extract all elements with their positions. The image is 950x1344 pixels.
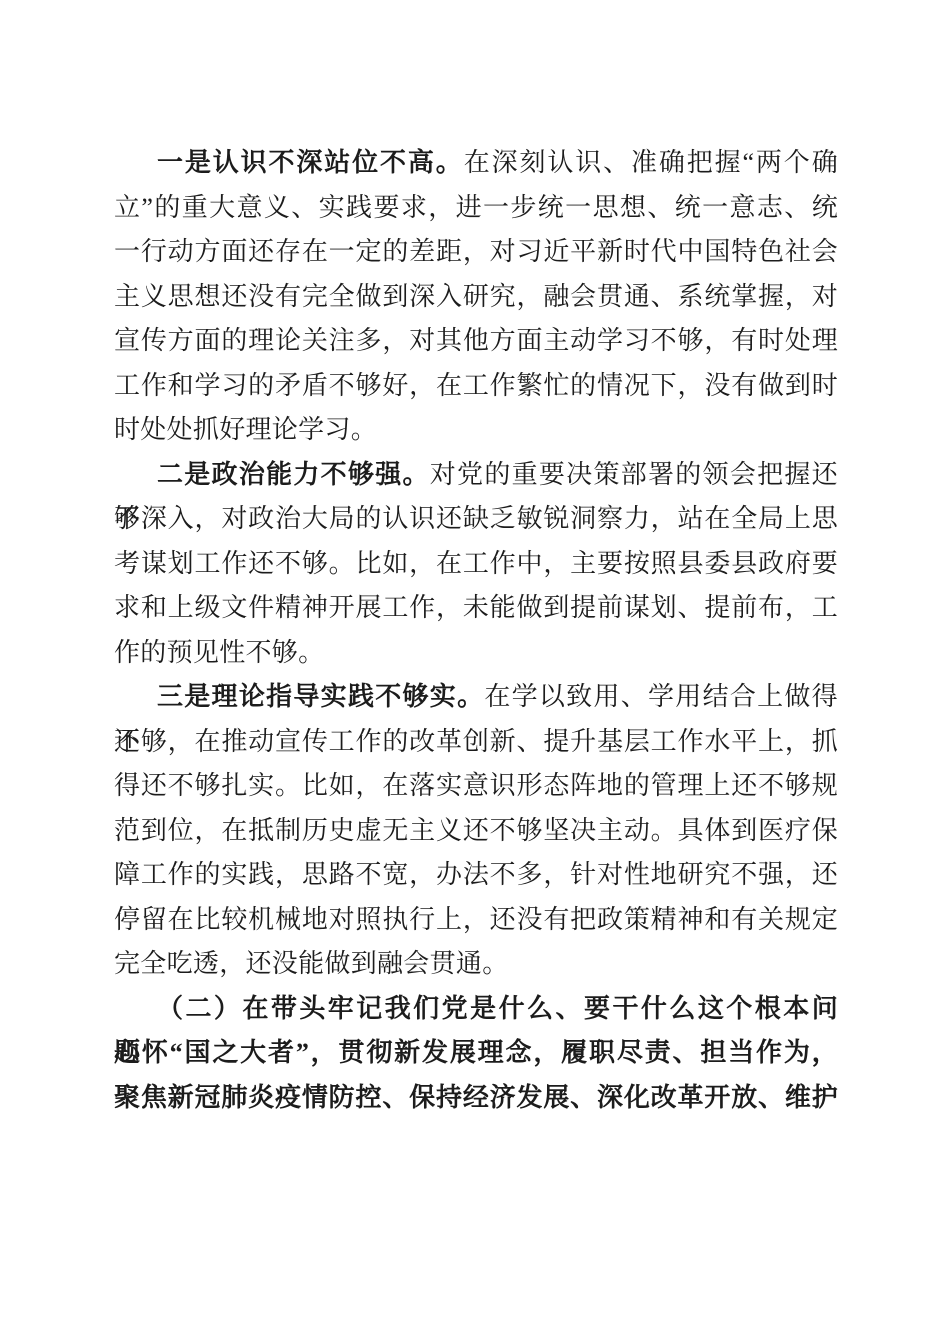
text-segment: 障工作的实践，思路不宽，办法不多，针对性地研究不强，还 [114, 860, 838, 889]
text-segment: 作的预见性不够。 [114, 638, 324, 667]
text-line: 一行动方面还存在一定的差距，对习近平新时代中国特色社会 [114, 230, 838, 275]
text-segment: 考谋划工作还不够。比如，在工作中，主要按照县委县政府要 [114, 549, 838, 578]
text-segment: 立”的重大意义、实践要求，进一步统一思想、统一意志、统 [114, 193, 838, 222]
bold-text-segment: 二是政治能力不够强。 [157, 460, 430, 489]
document-page: 一是认识不深站位不高。在深刻认识、准确把握“两个确立”的重大意义、实践要求，进一… [0, 0, 950, 1344]
text-line: 主义思想还没有完全做到深入研究，融会贯通、系统掌握，对 [114, 275, 838, 320]
bold-text-segment: 三是理论指导实践不够实。 [157, 682, 484, 711]
paragraph-4-section-two: （二）在带头牢记我们党是什么、要干什么这个根本问题，心怀“国之大者”，贯彻新发展… [114, 987, 838, 1121]
text-segment: 主义思想还没有完全做到深入研究，融会贯通、系统掌握，对 [114, 282, 838, 311]
paragraph-2-political-ability: 二是政治能力不够强。对党的重要决策部署的领会把握还不够深入，对政治大局的认识还缺… [114, 453, 838, 676]
text-line: 范到位，在抵制历史虚无主义还不够坚决主动。具体到医疗保 [114, 809, 838, 854]
text-line: 聚焦新冠肺炎疫情防控、保持经济发展、深化改革开放、维护 [114, 1076, 838, 1121]
text-segment: 工作和学习的矛盾不够好，在工作繁忙的情况下，没有做到时 [114, 371, 838, 400]
text-line: 停留在比较机械地对照执行上，还没有把政策精神和有关规定 [114, 898, 838, 943]
text-line: 考谋划工作还不够。比如，在工作中，主要按照县委县政府要 [114, 542, 838, 587]
text-segment: 得还不够扎实。比如，在落实意识形态阵地的管理上还不够规 [114, 771, 838, 800]
text-line: 三是理论指导实践不够实。在学以致用、学用结合上做得还 [114, 675, 838, 720]
text-segment: 一行动方面还存在一定的差距，对习近平新时代中国特色社会 [114, 237, 838, 266]
bold-text-segment: 心怀“国之大者”，贯彻新发展理念，履职尽责、担当作为， [114, 1038, 838, 1067]
text-line: 完全吃透，还没能做到融会贯通。 [114, 942, 838, 987]
bold-text-segment: 聚焦新冠肺炎疫情防控、保持经济发展、深化改革开放、维护 [114, 1083, 838, 1112]
text-segment: 停留在比较机械地对照执行上，还没有把政策精神和有关规定 [114, 905, 838, 934]
text-line: 障工作的实践，思路不宽，办法不多，针对性地研究不强，还 [114, 853, 838, 898]
text-line: 够深入，对政治大局的认识还缺乏敏锐洞察力，站在全局上思 [114, 497, 838, 542]
text-segment: 时处处抓好理论学习。 [114, 415, 377, 444]
text-line: 时处处抓好理论学习。 [114, 408, 838, 453]
text-segment: 范到位，在抵制历史虚无主义还不够坚决主动。具体到医疗保 [114, 816, 838, 845]
text-line: 宣传方面的理论关注多，对其他方面主动学习不够，有时处理 [114, 319, 838, 364]
text-line: 不够，在推动宣传工作的改革创新、提升基层工作水平上，抓 [114, 720, 838, 765]
text-line: 立”的重大意义、实践要求，进一步统一思想、统一意志、统 [114, 186, 838, 231]
paragraph-3-theory-practice: 三是理论指导实践不够实。在学以致用、学用结合上做得还不够，在推动宣传工作的改革创… [114, 675, 838, 987]
text-segment: 求和上级文件精神开展工作，未能做到提前谋划、提前布，工 [114, 593, 838, 622]
text-line: 得还不够扎实。比如，在落实意识形态阵地的管理上还不够规 [114, 764, 838, 809]
text-line: （二）在带头牢记我们党是什么、要干什么这个根本问题， [114, 987, 838, 1032]
text-segment: 够深入，对政治大局的认识还缺乏敏锐洞察力，站在全局上思 [114, 504, 838, 533]
document-body: 一是认识不深站位不高。在深刻认识、准确把握“两个确立”的重大意义、实践要求，进一… [114, 141, 838, 1120]
text-segment: 宣传方面的理论关注多，对其他方面主动学习不够，有时处理 [114, 326, 838, 355]
text-segment: 在深刻认识、准确把握“两个确 [464, 148, 838, 177]
text-segment: 不够，在推动宣传工作的改革创新、提升基层工作水平上，抓 [114, 727, 838, 756]
paragraph-1-cognition: 一是认识不深站位不高。在深刻认识、准确把握“两个确立”的重大意义、实践要求，进一… [114, 141, 838, 453]
text-line: 工作和学习的矛盾不够好，在工作繁忙的情况下，没有做到时 [114, 364, 838, 409]
text-line: 心怀“国之大者”，贯彻新发展理念，履职尽责、担当作为， [114, 1031, 838, 1076]
text-line: 求和上级文件精神开展工作，未能做到提前谋划、提前布，工 [114, 586, 838, 631]
bold-text-segment: 一是认识不深站位不高。 [157, 148, 464, 177]
text-line: 作的预见性不够。 [114, 631, 838, 676]
text-line: 二是政治能力不够强。对党的重要决策部署的领会把握还不 [114, 453, 838, 498]
text-line: 一是认识不深站位不高。在深刻认识、准确把握“两个确 [114, 141, 838, 186]
text-segment: 完全吃透，还没能做到融会贯通。 [114, 949, 509, 978]
